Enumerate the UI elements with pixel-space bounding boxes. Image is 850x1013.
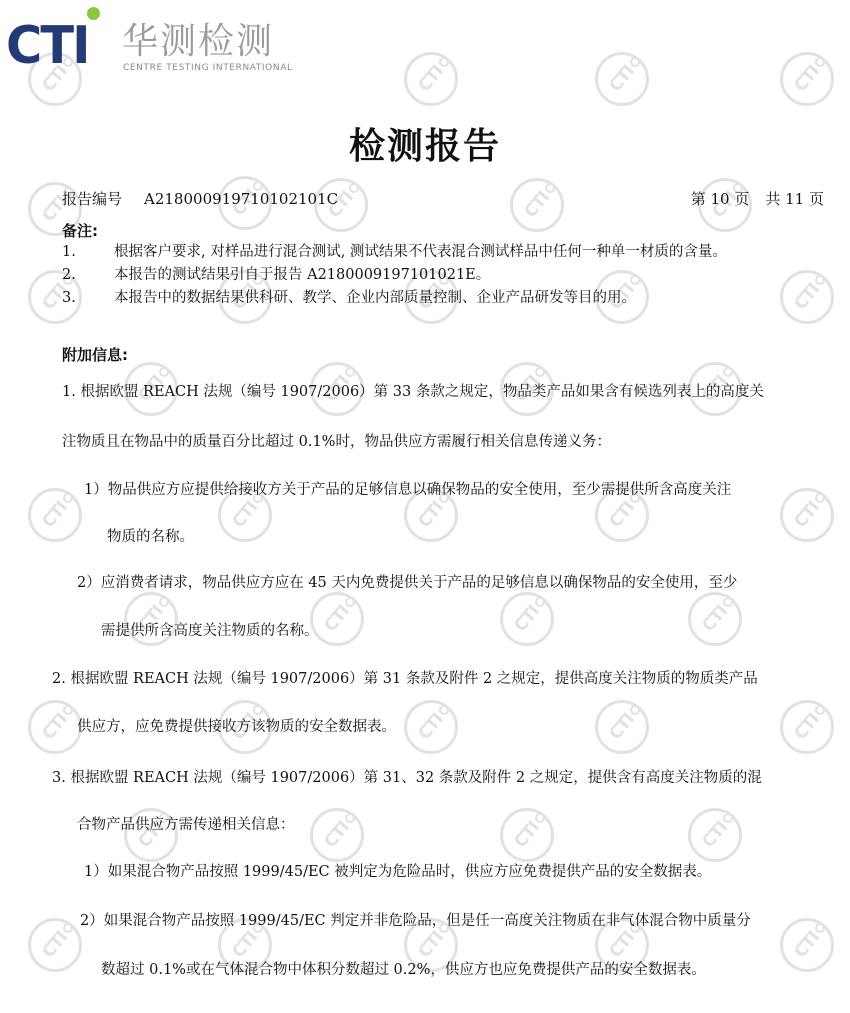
- logo-english-name: CENTRE TESTING INTERNATIONAL: [123, 63, 293, 73]
- additional-line: 1）物品供应方应提供给接收方关于产品的足够信息以确保物品的安全使用，至少需提供所…: [84, 478, 731, 499]
- additional-line: 供应方，应免费提供接收方该物质的安全数据表。: [77, 715, 396, 736]
- additional-line: 2）如果混合物产品按照 1999/45/EC 判定并非危险品，但是任一高度关注物…: [80, 909, 751, 930]
- page-current: 第 10 页: [691, 190, 750, 208]
- note-item: 1.根据客户要求, 对样品进行混合测试, 测试结果不代表混合测试样品中任何一种单…: [62, 241, 727, 263]
- notes-title: 备注:: [62, 220, 98, 241]
- report-number-value: A21800091971010210​1C: [144, 190, 338, 208]
- report-page: CTI 华测检测 CENTRE TESTING INTERNATIONAL 检测…: [0, 0, 850, 1013]
- additional-line: 物质的名称。: [107, 525, 194, 546]
- additional-line: 1）如果混合物产品按照 1999/45/EC 被判定为危险品时，供应方应免费提供…: [84, 860, 711, 881]
- additional-line: 注物质且在物品中的质量百分比超过 0.1%时，物品供应方需履行相关信息传递义务：: [62, 430, 611, 451]
- page-number: 第 10 页共 11 页: [691, 188, 824, 209]
- additional-line: 2. 根据欧盟 REACH 法规（编号 1907/2006）第 31 条款及附件…: [52, 667, 758, 688]
- additional-line: 2）应消费者请求，物品供应方应在 45 天内免费提供关于产品的足够信息以确保物品…: [77, 571, 737, 592]
- report-number: 报告编号A21800091971010210​1C: [62, 188, 338, 209]
- additional-info-title: 附加信息:: [62, 344, 128, 365]
- page-total: 共 11 页: [765, 190, 824, 208]
- logo-dot-icon: [87, 7, 100, 20]
- cti-logo: CTI 华测检测 CENTRE TESTING INTERNATIONAL: [6, 4, 306, 74]
- report-title: 检测报告: [0, 118, 850, 169]
- additional-line: 1. 根据欧盟 REACH 法规（编号 1907/2006）第 33 条款之规定…: [62, 380, 764, 401]
- additional-line: 需提供所含高度关注物质的名称。: [101, 619, 319, 640]
- additional-line: 数超过 0.1%或在气体混合物中体积分数超过 0.2%，供应方也应免费提供产品的…: [101, 958, 706, 979]
- logo-brand: CTI: [6, 18, 89, 74]
- additional-line: 3. 根据欧盟 REACH 法规（编号 1907/2006）第 31、32 条款…: [52, 766, 762, 787]
- logo-chinese-name: 华测检测: [122, 22, 274, 62]
- note-item: 3.本报告中的数据结果供科研、教学、企业内部质量控制、企业产品研发等目的用。: [62, 287, 636, 309]
- report-number-label: 报告编号: [62, 190, 122, 208]
- additional-line: 合物产品供应方需传递相关信息：: [77, 813, 295, 834]
- note-item: 2.本报告的测试结果引自于报告 A2180009197101021E。: [62, 264, 490, 286]
